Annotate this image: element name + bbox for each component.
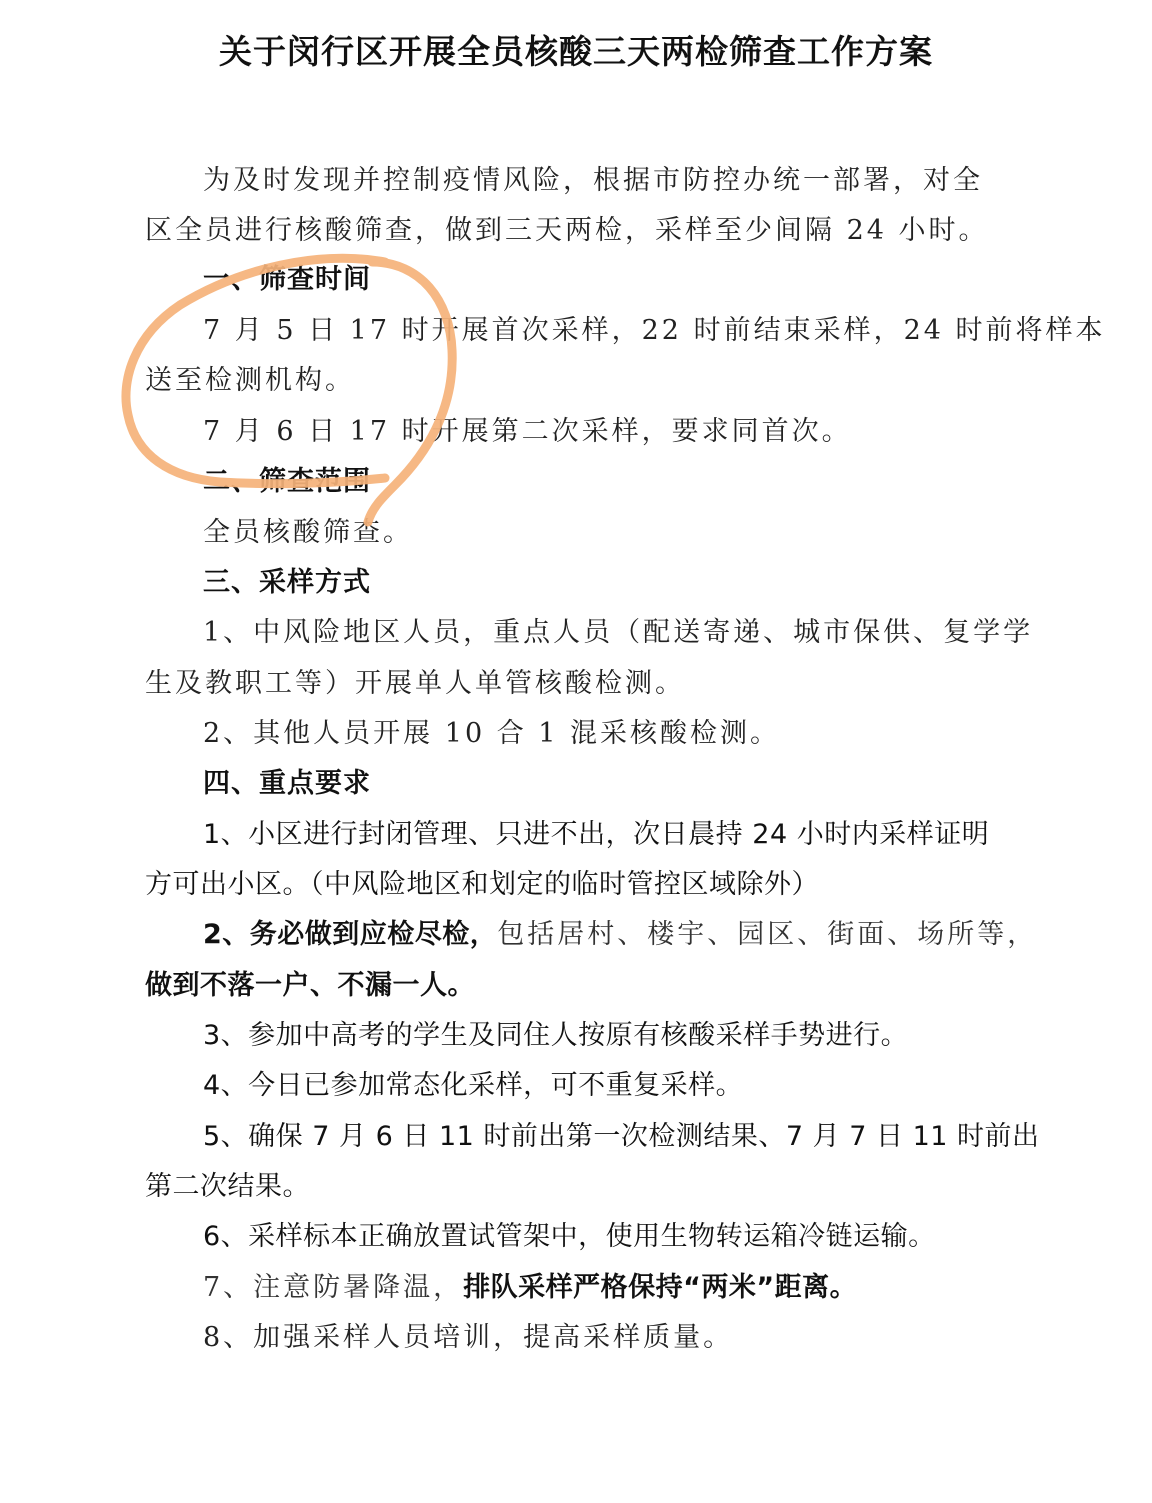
section3-heading: 三、采样方式 [203,566,1073,600]
section4-item5-line1: 5、确保 7 月 6 日 11 时前出第一次检测结果、7 月 7 日 11 时前… [203,1120,1073,1154]
document-title: 关于闵行区开展全员核酸三天两检筛查工作方案 [0,26,1152,73]
section4-item7-light: 7、注意防暑降温， [203,1272,463,1303]
section4-item2-light: 包括居村、楼宇、园区、街面、场所等， [497,919,1037,950]
section4-item1-line2: 方可出小区。（中风险地区和划定的临时管控区域除外） [145,868,1015,902]
section4-item7: 7、注意防暑降温，排队采样严格保持“两米”距离。 [203,1271,1073,1305]
section4-item2-line1: 2、务必做到应检尽检，包括居村、楼宇、园区、街面、场所等， [203,918,1073,952]
section4-item5-line2: 第二次结果。 [145,1170,1015,1204]
section3-item1-line1: 1、中风险地区人员，重点人员（配送寄递、城市保供、复学学 [203,616,1073,650]
section4-item2-line2: 做到不落一户、不漏一人。 [145,969,1015,1003]
section4-item2-bold: 2、务必做到应检尽检， [203,919,497,950]
intro-line-2: 区全员进行核酸筛查，做到三天两检，采样至少间隔 24 小时。 [145,214,1015,248]
section2-heading: 二、筛查范围 [203,465,1073,499]
section4-item7-bold: 排队采样严格保持“两米”距离。 [463,1272,857,1303]
section4-item1-line1: 1、小区进行封闭管理、只进不出，次日晨持 24 小时内采样证明 [203,818,1073,852]
section1-p1-line1: 7 月 5 日 17 时开展首次采样，22 时前结束采样，24 时前将样本 [203,314,1073,348]
section4-item4: 4、今日已参加常态化采样，可不重复采样。 [203,1069,1073,1103]
section1-p2: 7 月 6 日 17 时开展第二次采样，要求同首次。 [203,415,1073,449]
intro-line-1: 为及时发现并控制疫情风险，根据市防控办统一部署，对全 [203,164,1073,198]
section4-heading: 四、重点要求 [203,767,1073,801]
section3-item2: 2、其他人员开展 10 合 1 混采核酸检测。 [203,717,1073,751]
section3-item1-line2: 生及教职工等）开展单人单管核酸检测。 [145,667,1015,701]
section4-item8: 8、加强采样人员培训，提高采样质量。 [203,1321,1073,1355]
document-page: 关于闵行区开展全员核酸三天两检筛查工作方案 为及时发现并控制疫情风险，根据市防控… [0,0,1152,1503]
section4-item6: 6、采样标本正确放置试管架中，使用生物转运箱冷链运输。 [203,1220,1073,1254]
section1-heading: 一、筛查时间 [203,263,1073,297]
section2-p1: 全员核酸筛查。 [203,516,1073,550]
section1-p1-line2: 送至检测机构。 [145,364,1015,398]
section4-item3: 3、参加中高考的学生及同住人按原有核酸采样手势进行。 [203,1019,1073,1053]
